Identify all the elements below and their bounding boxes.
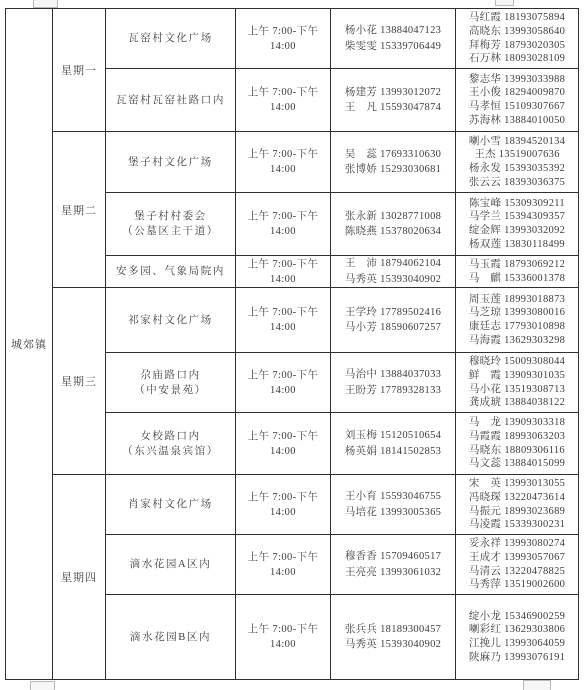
cell-line: 马孝恒 15109307667	[458, 100, 576, 114]
schedule-table-body: 城郊镇星期一瓦窑村文化广场上午 7:00-下午14:00杨小花 13884047…	[6, 9, 579, 680]
cell-line: 周玉莲 18993018873	[458, 293, 576, 307]
cell-line: 吴 蕊 17693310630	[333, 147, 453, 163]
cell-line: 上午 7:00-下午	[238, 24, 328, 39]
cell-line: 龚成琥 13884038122	[458, 396, 576, 410]
location-cell: 肖家村文化广场	[106, 475, 236, 535]
contacts-cell: 妥永祥 13993080274王成才 13993057067马清云 132204…	[456, 535, 579, 595]
cell-line: 江挽儿 13993064059	[458, 637, 576, 651]
cell-line: 14:00	[238, 272, 328, 287]
location-cell: 尕庙路口内（中安景苑）	[106, 353, 236, 413]
cell-line: 14:00	[238, 224, 328, 239]
cell-line: 杨双莲 13830118499	[458, 238, 576, 252]
day-cell: 星期三	[53, 288, 106, 475]
cell-line: 陕麻乃 13993076191	[458, 651, 576, 665]
cell-line: 王学玲 17789502416	[333, 305, 453, 321]
cell-line: 上午 7:00-下午	[238, 429, 328, 444]
location-cell: 滴水花园B区内	[106, 595, 236, 680]
monitors-cell: 穆香香 15709460517王亮亮 13993061032	[331, 535, 456, 595]
cell-line: 14:00	[238, 637, 328, 652]
cell-line: 上午 7:00-下午	[238, 147, 328, 162]
cell-line: 张兵兵 18189300457	[333, 622, 453, 638]
town-cell: 城郊镇	[6, 9, 53, 680]
cell-line: 马清云 13220478825	[458, 565, 576, 579]
cell-line: 马学兰 15394309357	[458, 210, 576, 224]
cell-line: 杨永发 15393035392	[458, 162, 576, 176]
time-cell: 上午 7:00-下午14:00	[236, 475, 331, 535]
cell-line: 王成才 13993057067	[458, 551, 576, 565]
cell-line: 康廷志 17793010898	[458, 320, 576, 334]
monitors-cell: 杨建芳 13993012072王 凡 15593047874	[331, 69, 456, 132]
table-handle-top-right	[495, 0, 514, 6]
cell-line: 马红霞 18193075894	[458, 11, 576, 25]
cell-line: 马培花 13993005365	[333, 505, 453, 521]
time-cell: 上午 7:00-下午14:00	[236, 353, 331, 413]
cell-line: 杨英娟 18141502853	[333, 444, 453, 460]
table-handle-bottom-right	[523, 680, 551, 690]
cell-line: 喇小雪 18394520134	[458, 135, 576, 149]
cell-line: 冯晓琛 13220473614	[458, 491, 576, 505]
time-cell: 上午 7:00-下午14:00	[236, 69, 331, 132]
monitors-cell: 张永新 13028771008陈晓燕 15378020634	[331, 193, 456, 256]
cell-line: 杨建芳 13993012072	[333, 85, 453, 101]
cell-line: 黎志华 13993033988	[458, 73, 576, 87]
cell-line: 上午 7:00-下午	[238, 257, 328, 272]
cell-line: 张云云 18393036375	[458, 176, 576, 190]
time-cell: 上午 7:00-下午14:00	[236, 256, 331, 288]
cell-line: 马秀英 15393040902	[333, 637, 453, 653]
cell-line: 王盼芳 17789328133	[333, 383, 453, 399]
contacts-cell: 穆晓玲 15009308044鲜 霞 13909301035马小花 135193…	[456, 353, 579, 413]
cell-line: 马 麒 15336001378	[458, 272, 576, 286]
day-cell: 星期二	[53, 132, 106, 288]
cell-line: 穆香香 15709460517	[333, 549, 453, 565]
cell-line: 马文蕊 13884015099	[458, 457, 576, 471]
contacts-cell: 宋 英 13993013055冯晓琛 13220473614马振元 189930…	[456, 475, 579, 535]
table-row: 星期四肖家村文化广场上午 7:00-下午14:00王小育 15593046755…	[6, 475, 579, 535]
cell-line: 马海霞 13629303298	[458, 334, 576, 348]
cell-line: 14:00	[238, 505, 328, 520]
cell-line: 穆晓玲 15009308044	[458, 355, 576, 369]
cell-line: 马玉霞 18793069212	[458, 258, 576, 272]
contacts-cell: 马红霞 18193075894高晓东 13993058640拜梅芳 187930…	[456, 9, 579, 69]
cell-line: 堡子村村委会	[108, 209, 233, 224]
cell-line: 马芝琼 13993080016	[458, 306, 576, 320]
monitors-cell: 王 沛 18794062104马秀英 15393040902	[331, 256, 456, 288]
cell-line: 马凌霞 15339300231	[458, 518, 576, 532]
contacts-cell: 陈宝峰 15309309211马学兰 15394309357绽金辉 139930…	[456, 193, 579, 256]
cell-line: 马秀萍 13519002600	[458, 578, 576, 592]
contacts-cell: 马玉霞 18793069212马 麒 15336001378	[456, 256, 579, 288]
cell-line: 宋 英 13993013055	[458, 477, 576, 491]
monitors-cell: 刘玉梅 15120510654杨英娟 18141502853	[331, 413, 456, 475]
cell-line: 祁家村文化广场	[108, 313, 233, 328]
cell-line: 苏海林 13884010050	[458, 114, 576, 128]
contacts-cell: 马 龙 13909303318马霞霞 18993063203马晓东 188093…	[456, 413, 579, 475]
contacts-cell: 周玉莲 18993018873马芝琼 13993080016康廷志 177930…	[456, 288, 579, 353]
cell-line: 张博娇 15293030681	[333, 162, 453, 178]
cell-line: 绽小龙 15346900259	[458, 610, 576, 624]
monitors-cell: 王小育 15593046755马培花 13993005365	[331, 475, 456, 535]
cell-line: 上午 7:00-下午	[238, 550, 328, 565]
cell-line: 柴雯雯 15339706449	[333, 39, 453, 55]
cell-line: 马振元 18993023689	[458, 505, 576, 519]
cell-line: 王亮亮 13993061032	[333, 565, 453, 581]
time-cell: 上午 7:00-下午14:00	[236, 9, 331, 69]
cell-line: 滴水花园A区内	[108, 557, 233, 572]
table-handle-bottom-left	[30, 681, 55, 690]
cell-line: 马 龙 13909303318	[458, 416, 576, 430]
cell-line: 马小花 13519308713	[458, 383, 576, 397]
location-cell: 瓦窑村瓦窑社路口内	[106, 69, 236, 132]
contacts-cell: 喇小雪 18394520134王杰 13519007636杨永发 1539303…	[456, 132, 579, 193]
cell-line: 绽金辉 13993032092	[458, 224, 576, 238]
table-row: 星期二堡子村文化广场上午 7:00-下午14:00吴 蕊 17693310630…	[6, 132, 579, 193]
contacts-cell: 绽小龙 15346900259喇彩红 13629303806江挽儿 139930…	[456, 595, 579, 680]
cell-line: 14:00	[238, 565, 328, 580]
table-row: 城郊镇星期一瓦窑村文化广场上午 7:00-下午14:00杨小花 13884047…	[6, 9, 579, 69]
time-cell: 上午 7:00-下午14:00	[236, 413, 331, 475]
location-cell: 安多园、气象局院内	[106, 256, 236, 288]
time-cell: 上午 7:00-下午14:00	[236, 132, 331, 193]
cell-line: 安多园、气象局院内	[108, 264, 233, 279]
cell-line: 刘玉梅 15120510654	[333, 428, 453, 444]
cell-line: 妥永祥 13993080274	[458, 537, 576, 551]
cell-line: 肖家村文化广场	[108, 497, 233, 512]
cell-line: 14:00	[238, 444, 328, 459]
cell-line: 喇彩红 13629303806	[458, 623, 576, 637]
cell-line: 王 沛 18794062104	[333, 256, 453, 272]
cell-line: 杨小花 13884047123	[333, 23, 453, 39]
cell-line: （东兴温泉宾馆）	[108, 444, 233, 459]
cell-line: 马秀英 15393040902	[333, 272, 453, 288]
time-cell: 上午 7:00-下午14:00	[236, 193, 331, 256]
day-cell: 星期一	[53, 9, 106, 132]
table-handle-top-left	[33, 0, 58, 8]
cell-line: 马小芳 18590607257	[333, 320, 453, 336]
cell-line: 女校路口内	[108, 429, 233, 444]
cell-line: 14:00	[238, 162, 328, 177]
cell-line: 马晓东 18809306116	[458, 444, 576, 458]
cell-line: 14:00	[238, 39, 328, 54]
cell-line: 陈宝峰 15309309211	[458, 197, 576, 211]
table-row: 星期三祁家村文化广场上午 7:00-下午14:00王学玲 17789502416…	[6, 288, 579, 353]
contacts-cell: 黎志华 13993033988王小俊 18294009870马孝恒 151093…	[456, 69, 579, 132]
cell-line: 拜梅芳 18793020305	[458, 39, 576, 53]
cell-line: 马霞霞 18993063203	[458, 430, 576, 444]
cell-line: 马治中 13884037033	[333, 367, 453, 383]
monitors-cell: 吴 蕊 17693310630张博娇 15293030681	[331, 132, 456, 193]
vaccination-schedule-table: 城郊镇星期一瓦窑村文化广场上午 7:00-下午14:00杨小花 13884047…	[5, 8, 579, 680]
location-cell: 堡子村文化广场	[106, 132, 236, 193]
cell-line: （公墓区主干道）	[108, 224, 233, 239]
cell-line: 14:00	[238, 383, 328, 398]
cell-line: 尕庙路口内	[108, 368, 233, 383]
cell-line: 14:00	[238, 100, 328, 115]
cell-line: 上午 7:00-下午	[238, 209, 328, 224]
cell-line: 陈晓燕 15378020634	[333, 224, 453, 240]
cell-line: 高晓东 13993058640	[458, 25, 576, 39]
cell-line: 14:00	[238, 320, 328, 335]
monitors-cell: 王学玲 17789502416马小芳 18590607257	[331, 288, 456, 353]
time-cell: 上午 7:00-下午14:00	[236, 595, 331, 680]
cell-line: 堡子村文化广场	[108, 155, 233, 170]
cell-line: 鲜 霞 13909301035	[458, 369, 576, 383]
cell-line: 石万林 18093028109	[458, 52, 576, 66]
day-cell: 星期四	[53, 475, 106, 680]
cell-line: （中安景苑）	[108, 383, 233, 398]
cell-line: 瓦窑村文化广场	[108, 31, 233, 46]
cell-line: 王杰 13519007636	[458, 148, 576, 162]
cell-line: 上午 7:00-下午	[238, 622, 328, 637]
cell-line: 上午 7:00-下午	[238, 368, 328, 383]
cell-line: 王 凡 15593047874	[333, 100, 453, 116]
cell-line: 瓦窑村瓦窑社路口内	[108, 93, 233, 108]
cell-line: 滴水花园B区内	[108, 630, 233, 645]
time-cell: 上午 7:00-下午14:00	[236, 535, 331, 595]
location-cell: 祁家村文化广场	[106, 288, 236, 353]
time-cell: 上午 7:00-下午14:00	[236, 288, 331, 353]
cell-line: 上午 7:00-下午	[238, 85, 328, 100]
cell-line: 上午 7:00-下午	[238, 490, 328, 505]
cell-line: 张永新 13028771008	[333, 209, 453, 225]
location-cell: 堡子村村委会（公墓区主干道）	[106, 193, 236, 256]
monitors-cell: 张兵兵 18189300457马秀英 15393040902	[331, 595, 456, 680]
cell-line: 王小俊 18294009870	[458, 86, 576, 100]
cell-line: 王小育 15593046755	[333, 489, 453, 505]
cell-line: 上午 7:00-下午	[238, 305, 328, 320]
monitors-cell: 马治中 13884037033王盼芳 17789328133	[331, 353, 456, 413]
monitors-cell: 杨小花 13884047123柴雯雯 15339706449	[331, 9, 456, 69]
location-cell: 瓦窑村文化广场	[106, 9, 236, 69]
location-cell: 滴水花园A区内	[106, 535, 236, 595]
location-cell: 女校路口内（东兴温泉宾馆）	[106, 413, 236, 475]
